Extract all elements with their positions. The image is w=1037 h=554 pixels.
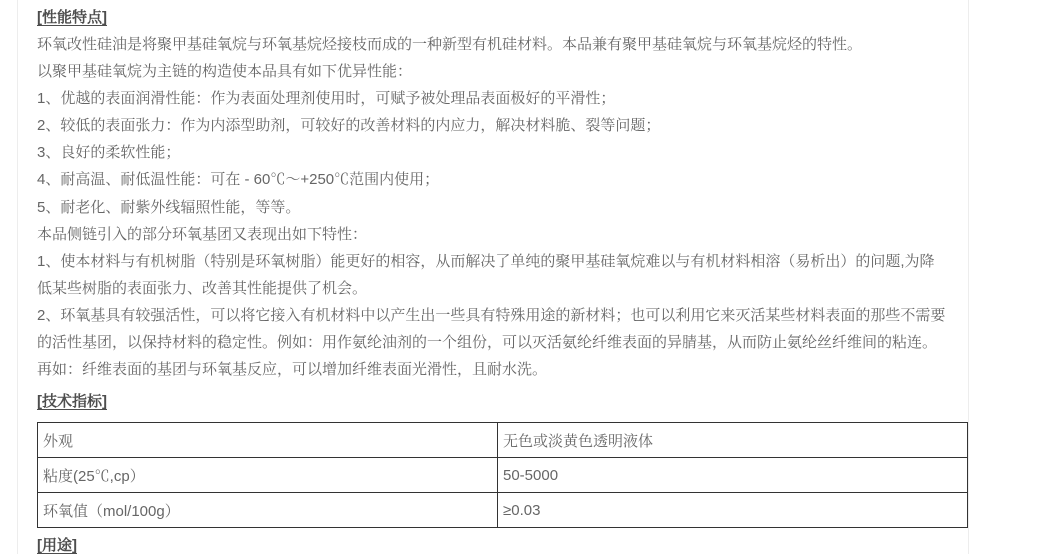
section-heading-usage: [用途] <box>37 532 949 554</box>
spec-label-cell: 粘度(25℃,cp） <box>38 458 498 493</box>
specs-table-body: 外观 无色或淡黄色透明液体 粘度(25℃,cp） 50-5000 环氧值（mol… <box>38 423 968 528</box>
spec-row: 外观 无色或淡黄色透明液体 <box>38 423 968 458</box>
spec-label-cell: 环氧值（mol/100g） <box>38 493 498 528</box>
feature-paragraph: 5、耐老化、耐紫外线辐照性能，等等。 <box>37 194 949 221</box>
feature-paragraph: 3、良好的柔软性能； <box>37 139 949 166</box>
page: [性能特点] 环氧改性硅油是将聚甲基硅氧烷与环氧基烷烃接枝而成的一种新型有机硅材… <box>0 0 1037 554</box>
spec-row: 粘度(25℃,cp） 50-5000 <box>38 458 968 493</box>
feature-paragraph: 以聚甲基硅氧烷为主链的构造使本品具有如下优异性能： <box>37 58 949 85</box>
feature-paragraph: 环氧改性硅油是将聚甲基硅氧烷与环氧基烷烃接枝而成的一种新型有机硅材料。本品兼有聚… <box>37 31 949 58</box>
spec-value-cell: ≥0.03 <box>498 493 968 528</box>
feature-paragraph: 1、使本材料与有机树脂（特别是环氧树脂）能更好的相容，从而解决了单纯的聚甲基硅氧… <box>37 248 949 302</box>
feature-paragraph: 2、环氧基具有较强活性，可以将它接入有机材料中以产生出一些具有特殊用途的新材料；… <box>37 302 949 383</box>
feature-paragraph: 本品侧链引入的部分环氧基团又表现出如下特性： <box>37 221 949 248</box>
section-heading-specs: [技术指标] <box>37 388 949 415</box>
content-panel: [性能特点] 环氧改性硅油是将聚甲基硅氧烷与环氧基烷烃接枝而成的一种新型有机硅材… <box>17 0 969 554</box>
spec-value-cell: 50-5000 <box>498 458 968 493</box>
spec-row: 环氧值（mol/100g） ≥0.03 <box>38 493 968 528</box>
specs-table: 外观 无色或淡黄色透明液体 粘度(25℃,cp） 50-5000 环氧值（mol… <box>37 422 968 528</box>
spec-value-cell: 无色或淡黄色透明液体 <box>498 423 968 458</box>
features-paragraphs: 环氧改性硅油是将聚甲基硅氧烷与环氧基烷烃接枝而成的一种新型有机硅材料。本品兼有聚… <box>37 31 949 383</box>
feature-paragraph: 2、较低的表面张力：作为内添型助剂，可较好的改善材料的内应力，解决材料脆、裂等问… <box>37 112 949 139</box>
feature-paragraph: 4、耐高温、耐低温性能：可在 - 60℃～+250℃范围内使用； <box>37 166 949 193</box>
section-heading-features: [性能特点] <box>37 4 949 31</box>
feature-paragraph: 1、优越的表面润滑性能：作为表面处理剂使用时，可赋予被处理品表面极好的平滑性； <box>37 85 949 112</box>
spec-label-cell: 外观 <box>38 423 498 458</box>
